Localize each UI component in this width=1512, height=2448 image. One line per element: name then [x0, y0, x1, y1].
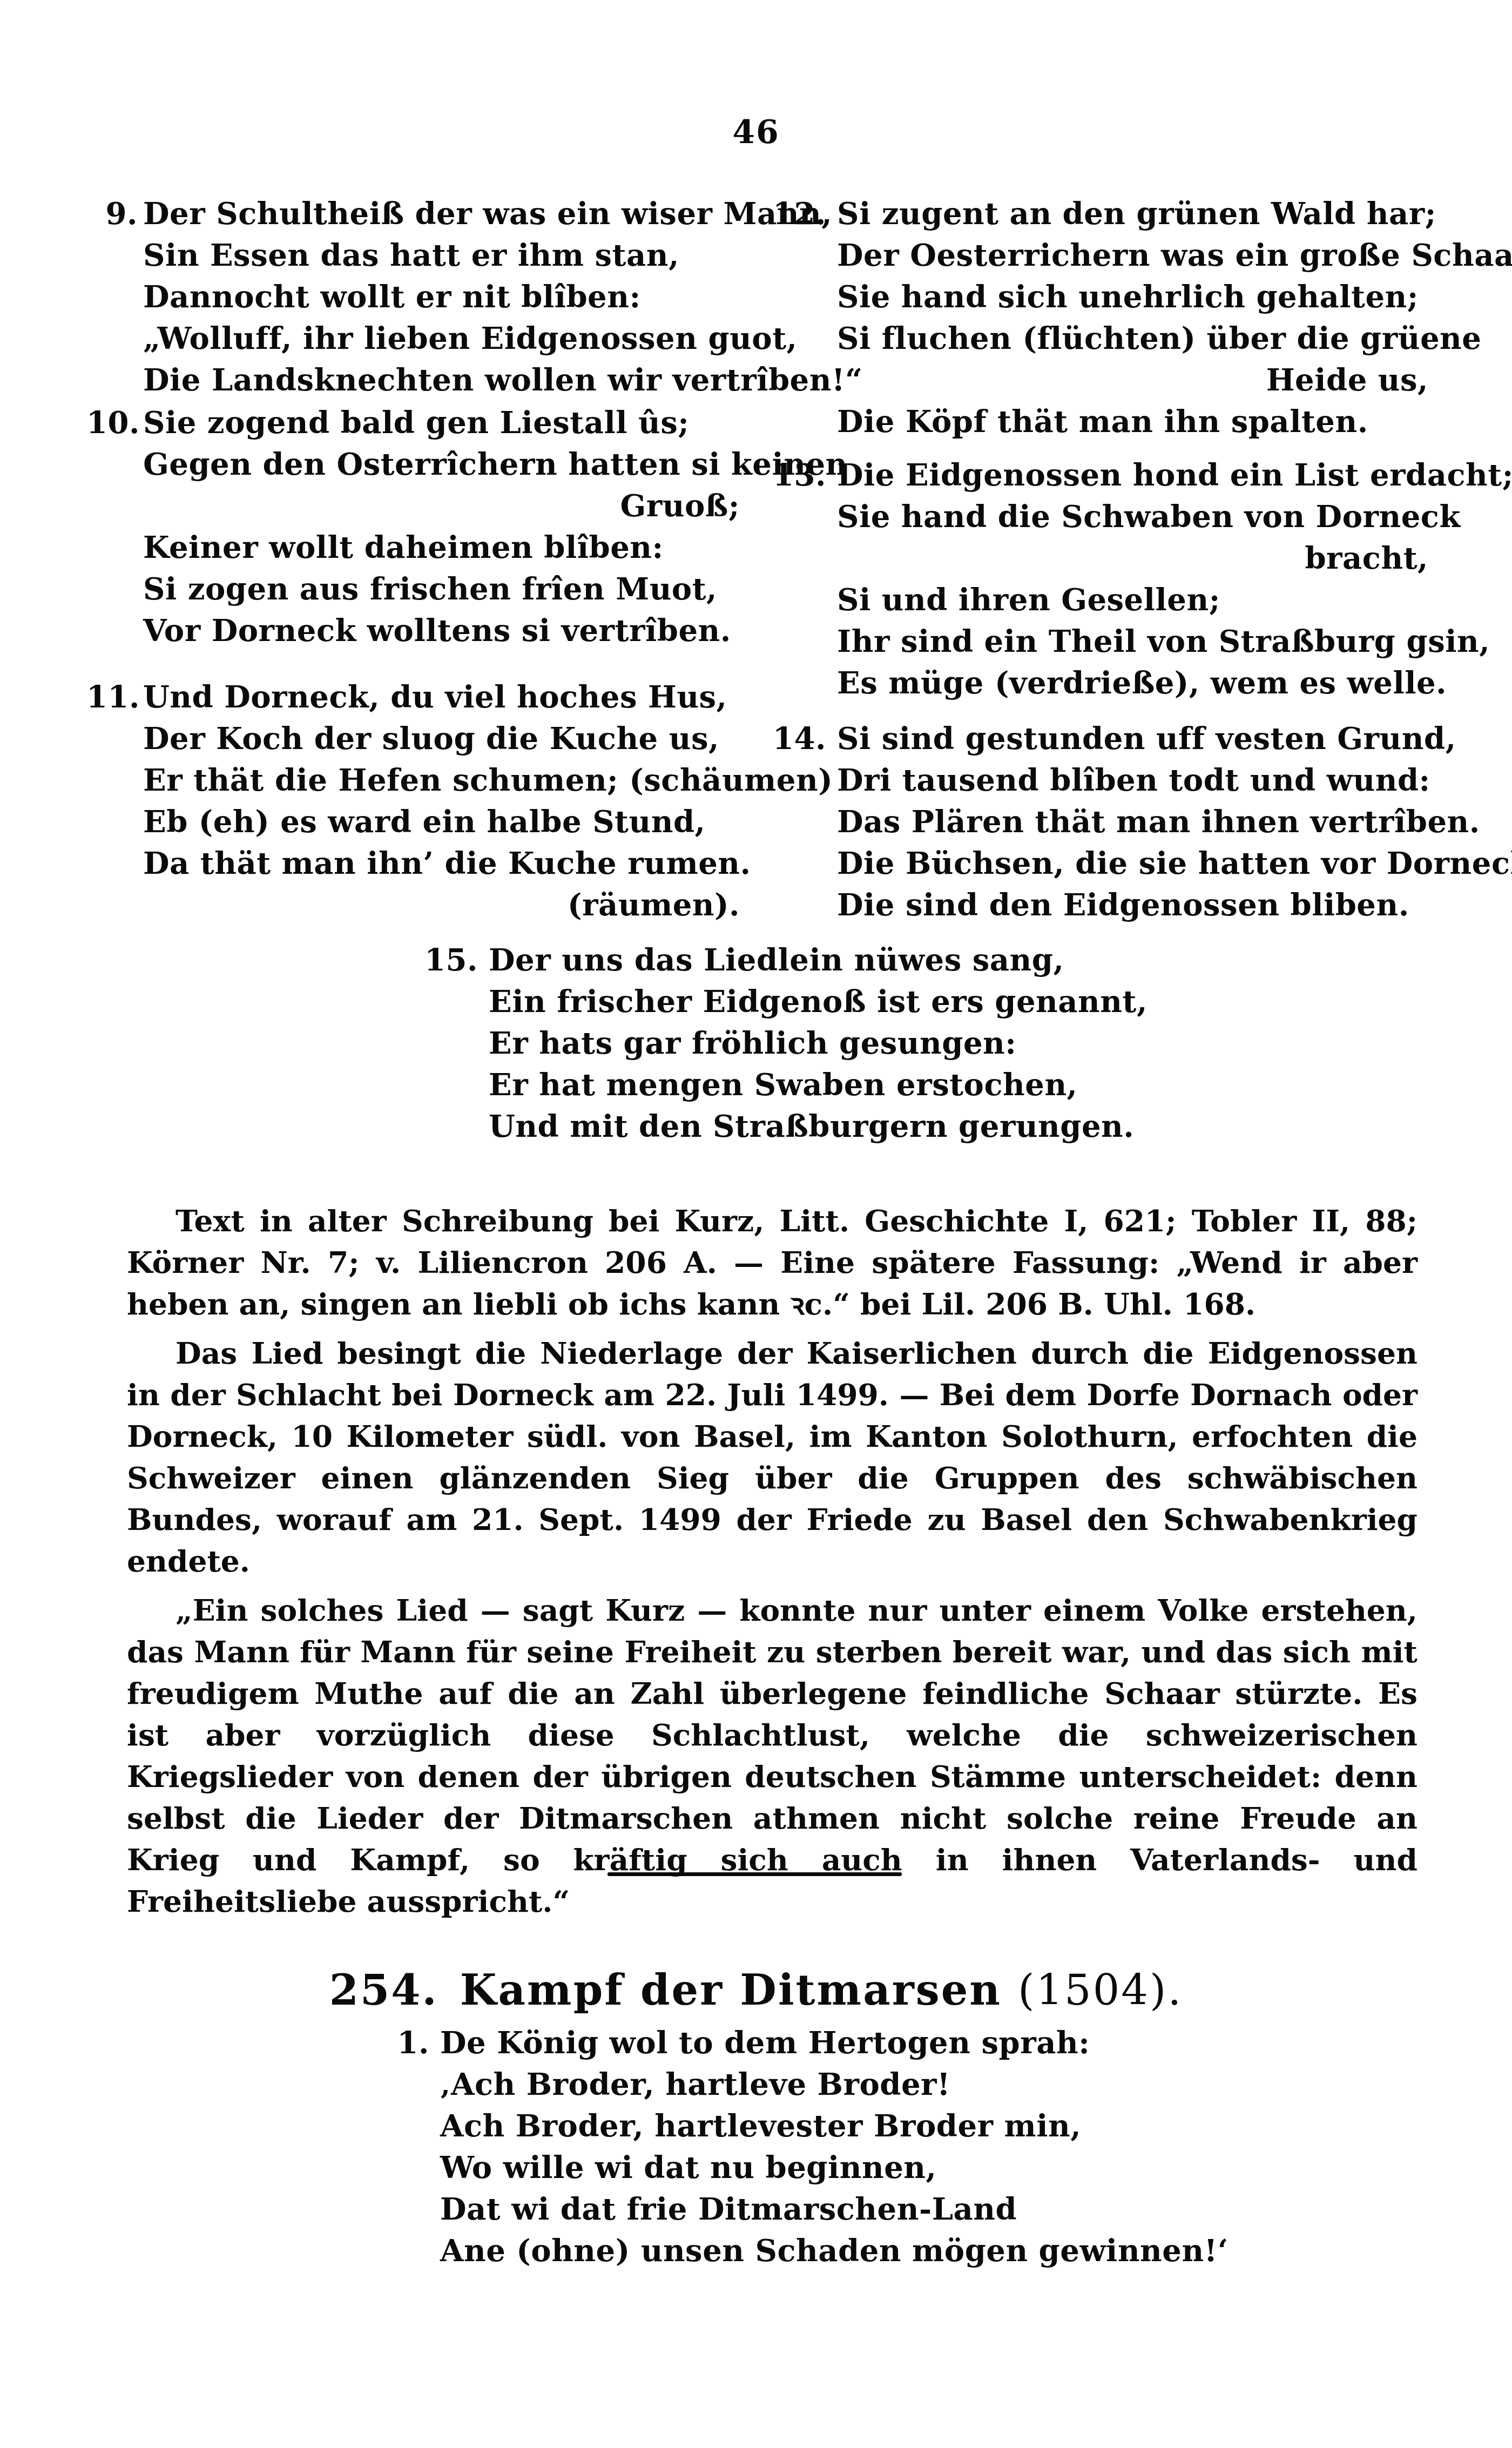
song-number: 254.: [329, 1966, 438, 2015]
commentary: Text in alter Schreibung bei Kurz, Litt.…: [127, 1200, 1417, 1922]
stanza-line: Ane (ohne) unsen Schaden mögen gewinnen!…: [373, 2230, 1129, 2272]
stanza-10: 10. Sie zogend bald gen Liestall ûs; Geg…: [86, 402, 740, 652]
stanza-line: Eb (eh) es ward ein halbe Stund,: [86, 801, 740, 843]
stanza-15: 15. Der uns das Liedlein nüwes sang, Ein…: [421, 940, 1177, 1148]
stanza-number: 13.: [769, 455, 826, 496]
stanza-line: Ein frischer Eidgenoß ist ers genannt,: [421, 981, 1177, 1023]
stanza-line: Die Landsknechten wollen wir vertrîben!“: [86, 360, 740, 401]
stanza-line: Ihr sind ein Theil von Straßburg gsin,: [769, 621, 1428, 663]
stanza-line-runover: bracht,: [769, 538, 1428, 579]
stanza-line: Sie hand die Schwaben von Dorneck: [769, 496, 1428, 538]
stanza-11: 11. Und Dorneck, du viel hoches Hus, Der…: [86, 677, 740, 926]
stanza-line: Si und ihren Gesellen;: [769, 579, 1428, 621]
song-heading: 254.Kampf der Ditmarsen(1504).: [0, 1966, 1512, 2015]
stanza-line: Der Oesterrichern was ein große Schaar,: [769, 235, 1428, 277]
song-year: (1504).: [1018, 1966, 1183, 2015]
stanza-line-runover: Gruoß;: [86, 485, 740, 527]
stanza-line: Ach Broder, hartlevester Broder min,: [373, 2106, 1129, 2147]
stanza-number: 1.: [373, 2022, 429, 2064]
stanza-line: Dat wi dat frie Ditmarschen-Land: [373, 2189, 1129, 2230]
stanza-line: Er hat mengen Swaben erstochen,: [421, 1064, 1177, 1106]
stanza-line: 9. Der Schultheiß der was ein wiser Mann…: [86, 193, 740, 235]
stanza-9: 9. Der Schultheiß der was ein wiser Mann…: [86, 193, 740, 401]
stanza-number: 15.: [421, 940, 478, 981]
section-divider: [607, 1872, 902, 1876]
stanza-line: Si fluchen (flüchten) über die grüene: [769, 318, 1428, 360]
commentary-sources-paragraph: Text in alter Schreibung bei Kurz, Litt.…: [127, 1200, 1417, 1325]
stanza-line: Sie hand sich unehrlich gehalten;: [769, 277, 1428, 318]
stanza-line: Dannocht wollt er nit blîben:: [86, 277, 740, 318]
stanza-number: 12.: [769, 193, 826, 235]
stanza-line: 13. Die Eidgenossen hond ein List erdach…: [769, 455, 1428, 496]
page-number: 46: [0, 113, 1512, 151]
stanza-line: Sin Essen das hatt er ihm stan,: [86, 235, 740, 277]
stanza-line: Wo wille wi dat nu beginnen,: [373, 2147, 1129, 2189]
stanza-line: Dri tausend blîben todt und wund:: [769, 760, 1428, 801]
stanza-line-runover: (räumen).: [86, 885, 740, 926]
stanza-line: 1. De König wol to dem Hertogen sprah:: [373, 2022, 1129, 2064]
stanza-line: ‚Ach Broder, hartleve Broder!: [373, 2064, 1129, 2106]
stanza-13: 13. Die Eidgenossen hond ein List erdach…: [769, 455, 1428, 704]
stanza-number: 9.: [86, 193, 138, 235]
stanza-number: 11.: [86, 677, 138, 718]
stanza-line: 11. Und Dorneck, du viel hoches Hus,: [86, 677, 740, 718]
stanza-14: 14. Si sind gestunden uff vesten Grund, …: [769, 718, 1428, 926]
stanza-line: Die Köpf thät man ihn spalten.: [769, 401, 1428, 443]
stanza-12: 12. Si zugent an den grünen Wald har; De…: [769, 193, 1428, 443]
stanza-number: 10.: [86, 402, 138, 444]
stanza-line: 10. Sie zogend bald gen Liestall ûs;: [86, 402, 740, 444]
stanza-number: 14.: [769, 718, 826, 760]
song-254-stanza-1: 1. De König wol to dem Hertogen sprah: ‚…: [373, 2022, 1129, 2272]
stanza-line: Keiner wollt daheimen blîben:: [86, 527, 740, 569]
stanza-line: Da thät man ihn’ die Kuche rumen.: [86, 843, 740, 885]
song-title: Kampf der Ditmarsen: [460, 1966, 1002, 2015]
stanza-line: Si zogen aus frischen frîen Muot,: [86, 569, 740, 610]
stanza-line: 15. Der uns das Liedlein nüwes sang,: [421, 940, 1177, 981]
stanza-line: Und mit den Straßburgern gerungen.: [421, 1106, 1177, 1148]
stanza-line: Das Plären thät man ihnen vertrîben.: [769, 801, 1428, 843]
stanza-line-runover: Heide us,: [769, 360, 1428, 401]
stanza-line: Es müge (verdrieße), wem es welle.: [769, 663, 1428, 704]
stanza-line: Die Büchsen, die sie hatten vor Dorneck: [769, 843, 1428, 885]
stanza-line: Er hats gar fröhlich gesungen:: [421, 1023, 1177, 1064]
stanza-line: Er thät die Hefen schumen; (schäumen): [86, 760, 740, 801]
stanza-line: 12. Si zugent an den grünen Wald har;: [769, 193, 1428, 235]
stanza-line: „Wolluff, ihr lieben Eidgenossen guot,: [86, 318, 740, 360]
stanza-line: Gegen den Osterrîchern hatten si keinen: [86, 444, 740, 485]
commentary-history-paragraph: Das Lied besingt die Niederlage der Kais…: [127, 1332, 1417, 1582]
stanza-line: 14. Si sind gestunden uff vesten Grund,: [769, 718, 1428, 760]
stanza-line: Vor Dorneck wolltens si vertrîben.: [86, 610, 740, 652]
stanza-line: Der Koch der sluog die Kuche us,: [86, 718, 740, 760]
stanza-line: Die sind den Eidgenossen bliben.: [769, 885, 1428, 926]
